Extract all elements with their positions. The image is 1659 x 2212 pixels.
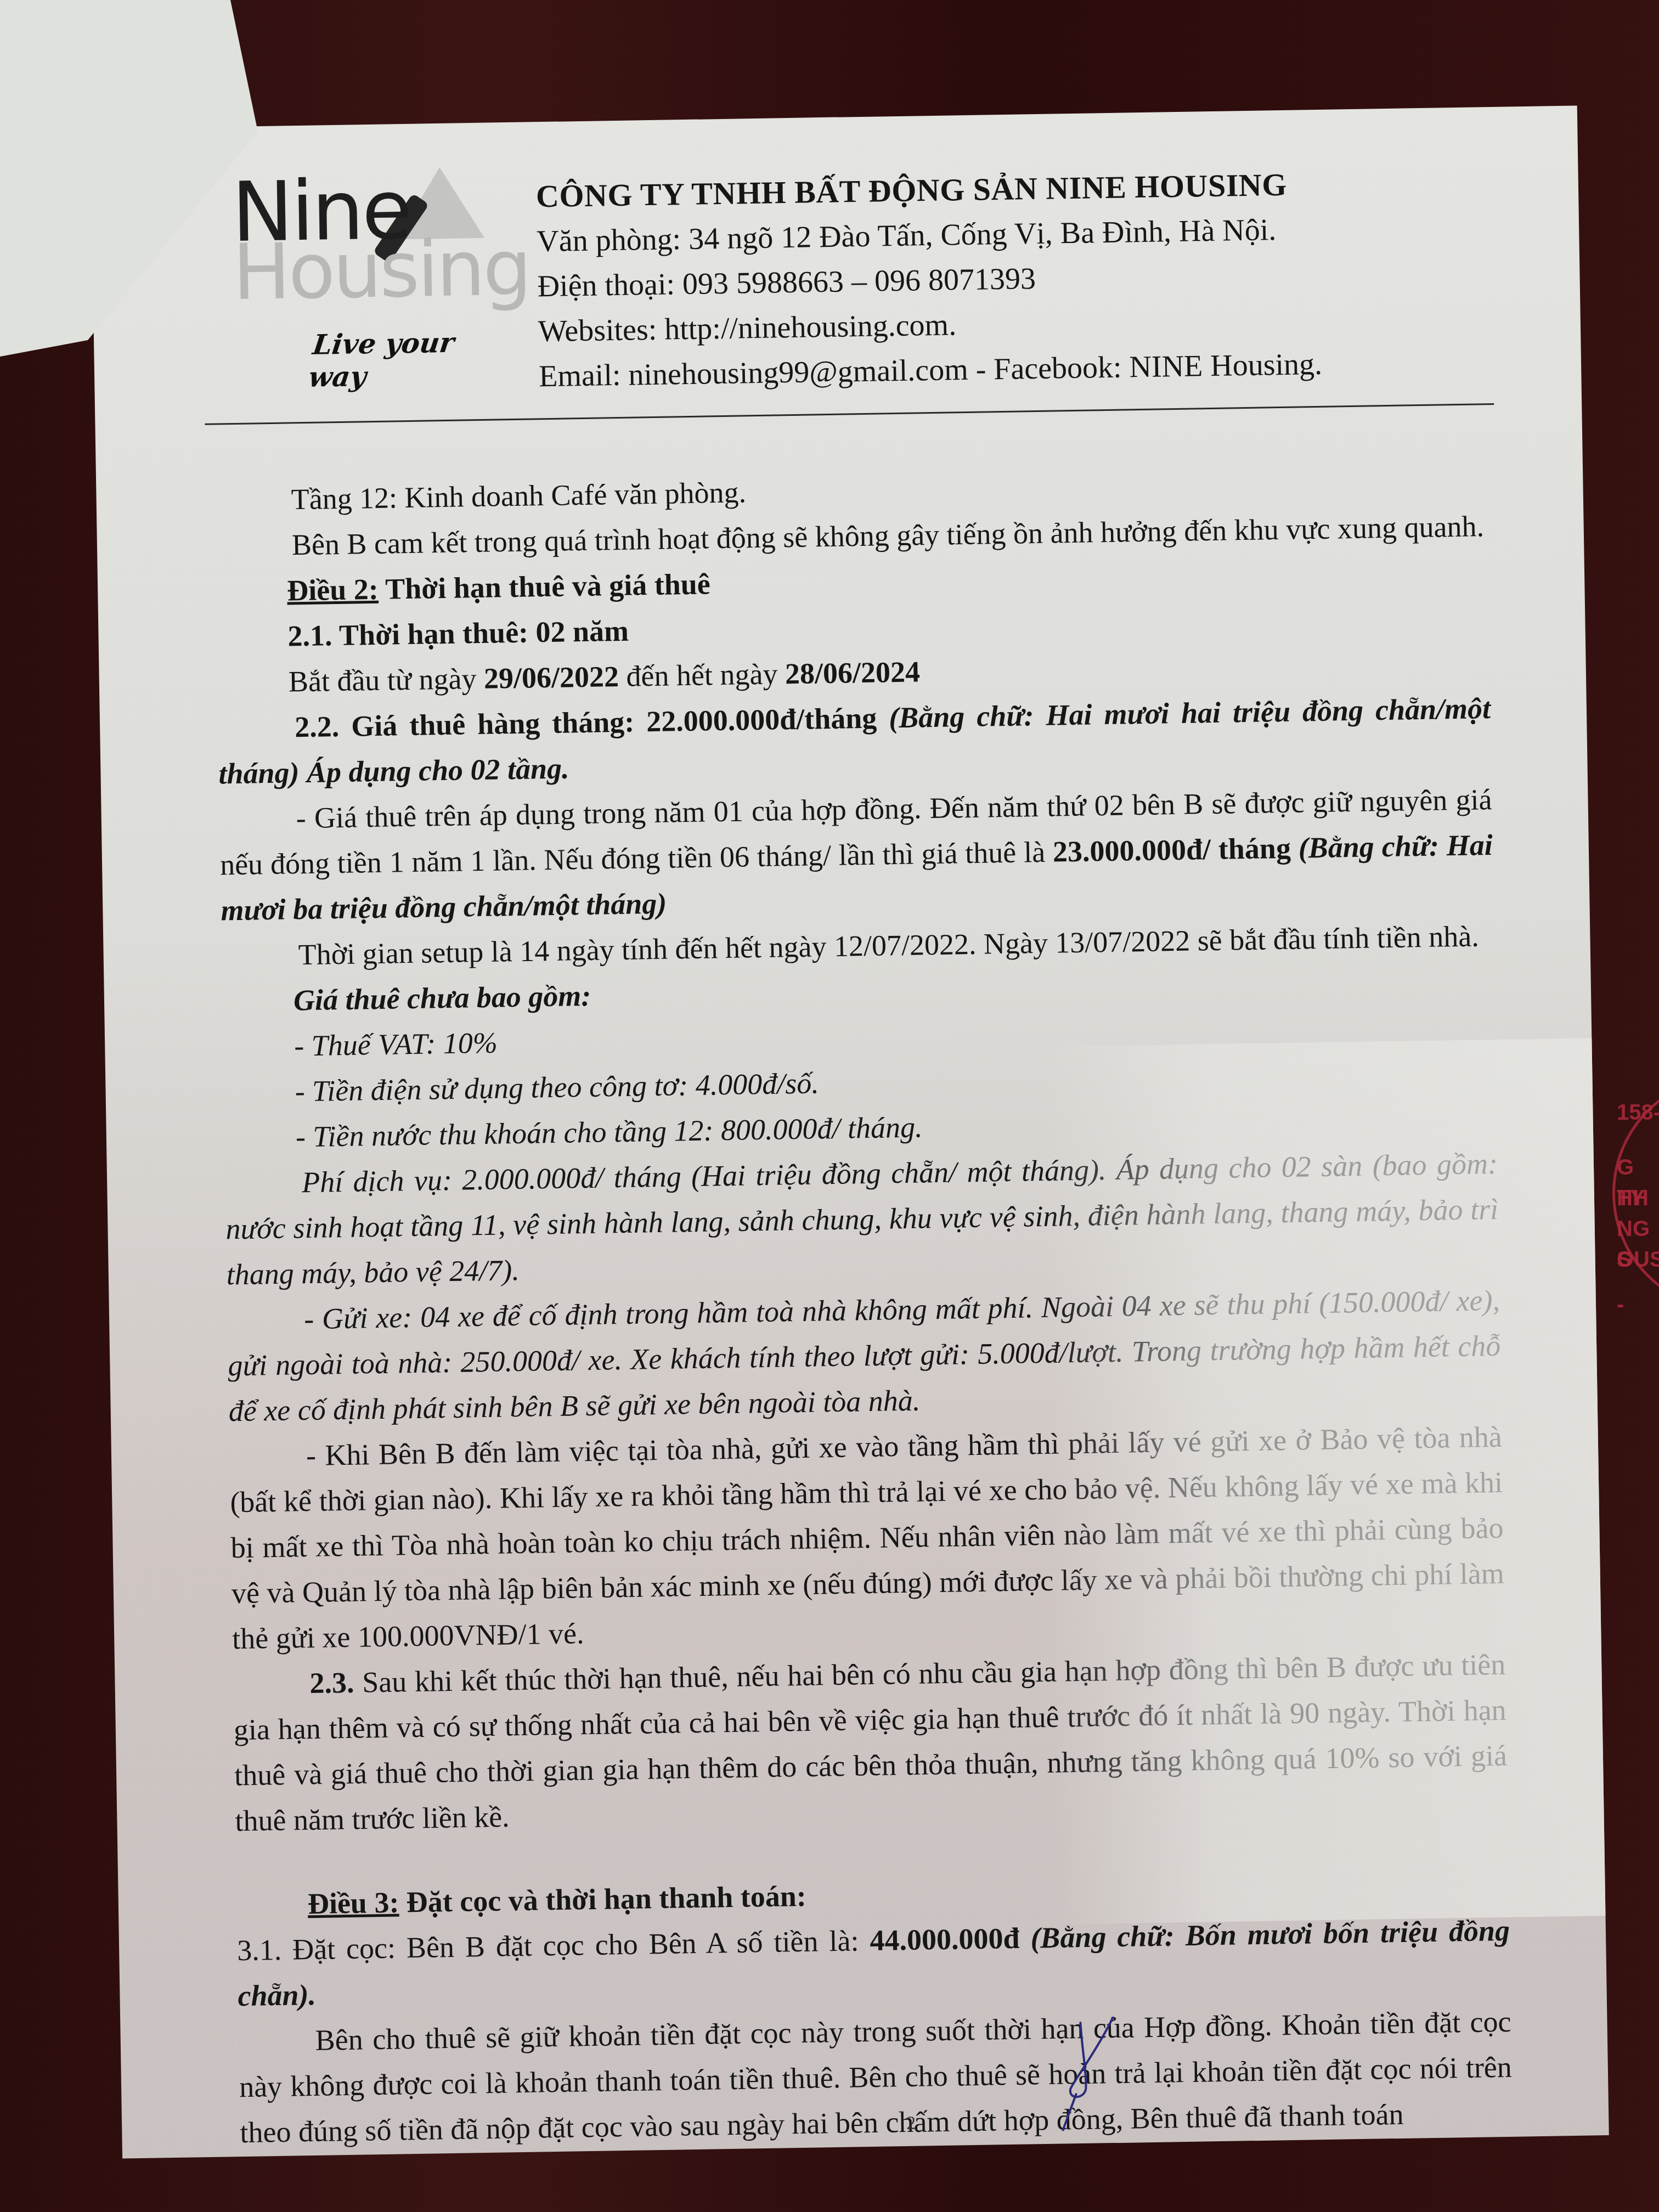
deposit-terms: Bên cho thuê sẽ giữ khoản tiền đặt cọc n… [238,1999,1513,2155]
start-date: 29/06/2022 [484,660,619,695]
page-number: 2 [906,2113,916,2134]
section-2-3-text: Sau khi kết thúc thời hạn thuê, nếu hai … [233,1648,1507,1837]
article-2-title: Thời hạn thuê và giá thuê [378,567,710,605]
header-divider [205,403,1494,425]
stamp-line: HH [1617,1183,1649,1214]
section-2-3-renewal: 2.3. Sau khi kết thúc thời hạn thuê, nếu… [233,1642,1508,1844]
deposit-prefix: 3.1. Đặt cọc: Bên B đặt cọc cho Bên A số… [237,1924,870,1967]
deposit-amount: 44.000.000đ [870,1921,1031,1957]
article-2-label: Điều 2: [287,573,379,607]
parking-ticket-rules: - Khi Bên B đến làm việc tại tòa nhà, gử… [229,1414,1505,1662]
year-2-rent-terms: - Giá thuê trên áp dụng trong năm 01 của… [219,777,1494,933]
company-info: CÔNG TY TNHH BẤT ĐỘNG SẢN NINE HOUSING V… [535,162,1322,399]
article-3-title: Đặt cọc và thời hạn thanh toán: [399,1880,806,1919]
stamp-line: OUSIN [1617,1244,1659,1275]
monthly-rent: 2.2. Giá thuê hàng tháng: 22.000.000đ/th… [295,701,889,743]
end-date: 28/06/2024 [785,655,920,690]
company-stamp: 158- G TY HH NG S OUSIN - TP. [1607,1075,1659,1317]
logo-word-housing: Housing [232,223,531,317]
year-2-price: 23.000.000đ/ tháng [1052,832,1299,868]
article-3-label: Điều 3: [307,1886,399,1921]
company-logo: Nine Housing Live your way [231,161,492,374]
stamp-line: 158- [1617,1097,1659,1128]
stamp-line: - TP. [1617,1289,1659,1317]
contract-page: Nine Housing Live your way CÔNG TY TNHH … [91,105,1609,2158]
signature [1042,2017,1120,2138]
lease-period-prefix: Bắt đầu từ ngày [288,662,484,698]
lease-period-mid: đến hết ngày [619,657,786,693]
logo-tagline: Live your way [307,325,496,393]
parking-terms: - Gửi xe: 04 xe để cố định trong hầm toà… [227,1278,1502,1434]
contract-body: Tầng 12: Kinh doanh Café văn phòng. Bên … [214,458,1513,2155]
section-2-3-label: 2.3. [309,1666,354,1700]
service-fee: Phí dịch vụ: 2.000.000đ/ tháng (Hai triệ… [225,1141,1500,1297]
